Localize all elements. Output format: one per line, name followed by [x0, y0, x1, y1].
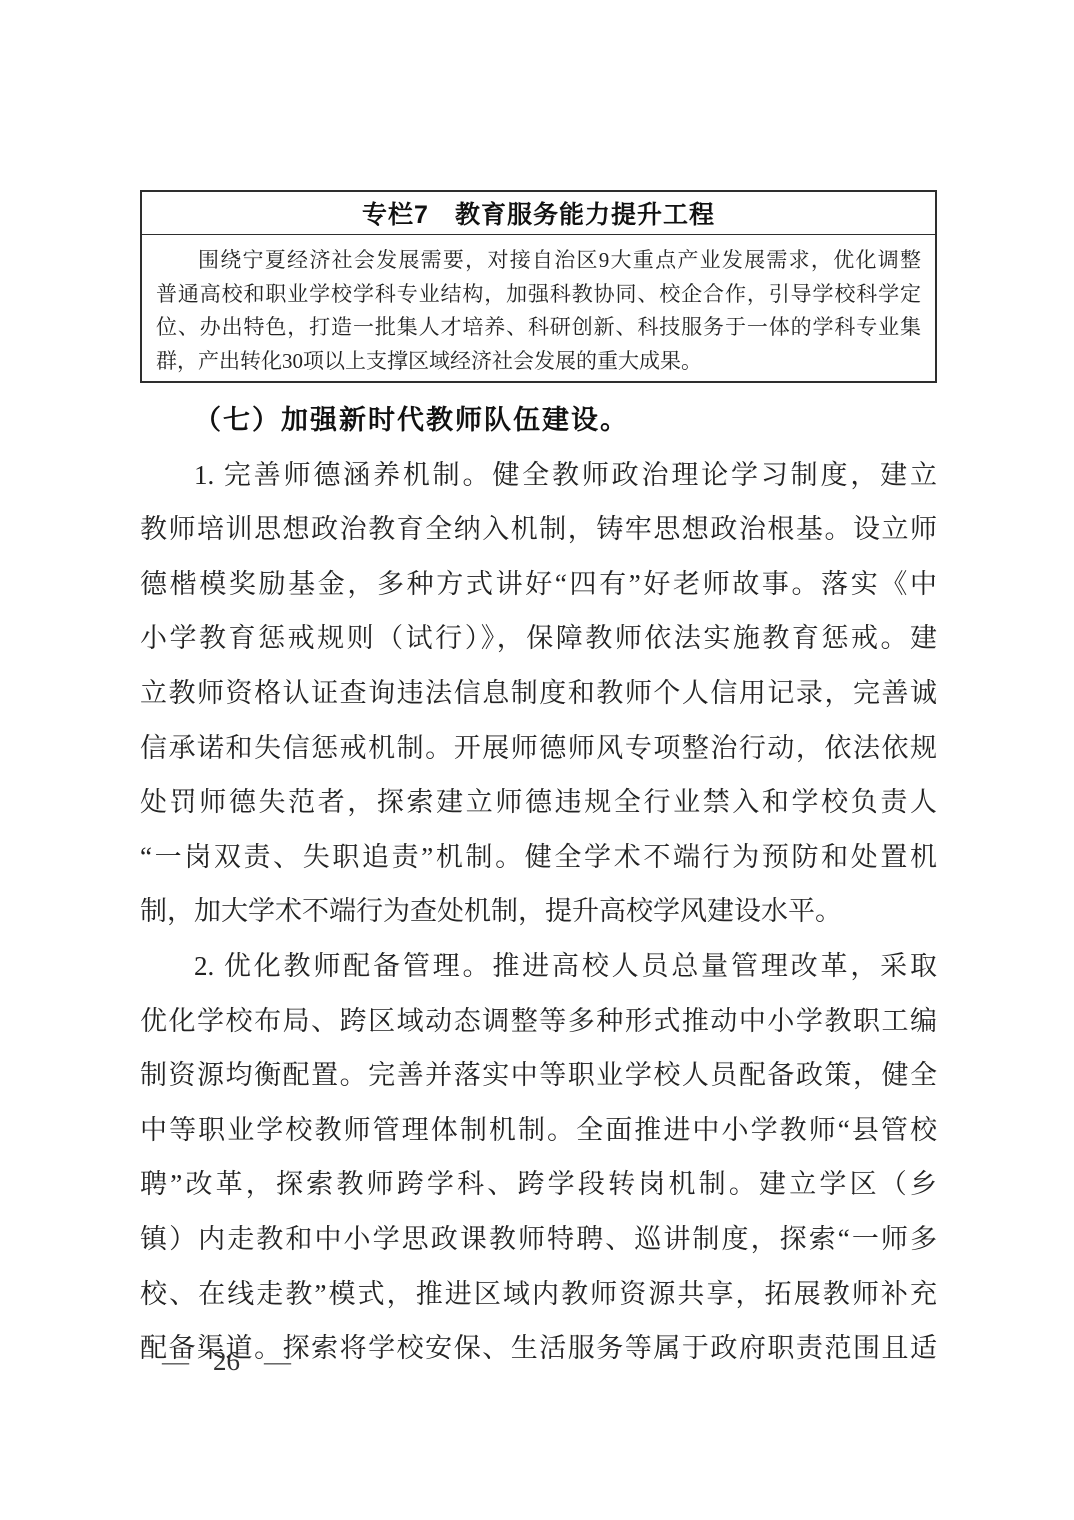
- text-line: 优化学校布局、跨区域动态调整等多种形式推动中小学教职工编: [140, 994, 937, 1049]
- text-line: 立教师资格认证查询违法信息制度和教师个人信用记录，完善诚: [140, 666, 937, 721]
- text-line: 制资源均衡配置。完善并落实中等职业学校人员配备政策，健全: [140, 1048, 937, 1103]
- callout-body-line: 群，产出转化30项以上支撑区域经济社会发展的重大成果。: [156, 345, 921, 379]
- text-line: 教师培训思想政治教育全纳入机制，铸牢思想政治根基。设立师: [140, 502, 937, 557]
- callout-body: 围绕宁夏经济社会发展需要，对接自治区9大重点产业发展需求，优化调整 普通高校和职…: [142, 235, 935, 378]
- callout-title: 专栏7 教育服务能力提升工程: [362, 195, 715, 231]
- callout-title-row: 专栏7 教育服务能力提升工程: [142, 192, 935, 235]
- footer-left-dash: —: [162, 1346, 189, 1377]
- callout-body-line: 普通高校和职业学校学科专业结构，加强科教协同、校企合作，引导学校科学定: [156, 278, 921, 312]
- text-line: 镇）内走教和中小学思政课教师特聘、巡讲制度，探索“一师多: [140, 1212, 937, 1267]
- text-line: 聘”改革，探索教师跨学科、跨学段转岗机制。建立学区（乡: [140, 1157, 937, 1212]
- text-line: 1. 完善师德涵养机制。健全教师政治理论学习制度，建立: [140, 448, 937, 503]
- text-line: 中等职业学校教师管理体制机制。全面推进中小学教师“县管校: [140, 1103, 937, 1158]
- callout-box: 专栏7 教育服务能力提升工程 围绕宁夏经济社会发展需要，对接自治区9大重点产业发…: [140, 190, 937, 383]
- footer-right-dash: —: [264, 1346, 291, 1377]
- text-line: “一岗双责、失职追责”机制。健全学术不端行为预防和处置机: [140, 830, 937, 885]
- callout-body-line: 围绕宁夏经济社会发展需要，对接自治区9大重点产业发展需求，优化调整: [156, 244, 921, 278]
- text-line: 2. 优化教师配备管理。推进高校人员总量管理改革，采取: [140, 939, 937, 994]
- document-page: 专栏7 教育服务能力提升工程 围绕宁夏经济社会发展需要，对接自治区9大重点产业发…: [0, 0, 1074, 1520]
- page-number: 26: [213, 1346, 240, 1377]
- paragraph-1: 1. 完善师德涵养机制。健全教师政治理论学习制度，建立 教师培训思想政治教育全纳…: [140, 448, 937, 939]
- text-line: 信承诺和失信惩戒机制。开展师德师风专项整治行动，依法依规: [140, 721, 937, 776]
- section-heading: （七）加强新时代教师队伍建设。: [140, 393, 937, 448]
- text-line: 校、在线走教”模式，推进区域内教师资源共享，拓展教师补充: [140, 1267, 937, 1322]
- text-line: 德楷模奖励基金，多种方式讲好“四有”好老师故事。落实《中: [140, 557, 937, 612]
- text-line: 制，加大学术不端行为查处机制，提升高校学风建设水平。: [140, 884, 937, 939]
- text-line: 小学教育惩戒规则（试行）》，保障教师依法实施教育惩戒。建: [140, 611, 937, 666]
- main-text: （七）加强新时代教师队伍建设。 1. 完善师德涵养机制。健全教师政治理论学习制度…: [140, 393, 937, 1376]
- callout-body-line: 位、办出特色，打造一批集人才培养、科研创新、科技服务于一体的学科专业集: [156, 311, 921, 345]
- page-footer: — 26 —: [162, 1346, 291, 1377]
- paragraph-2: 2. 优化教师配备管理。推进高校人员总量管理改革，采取 优化学校布局、跨区域动态…: [140, 939, 937, 1376]
- text-line: 处罚师德失范者，探索建立师德违规全行业禁入和学校负责人: [140, 775, 937, 830]
